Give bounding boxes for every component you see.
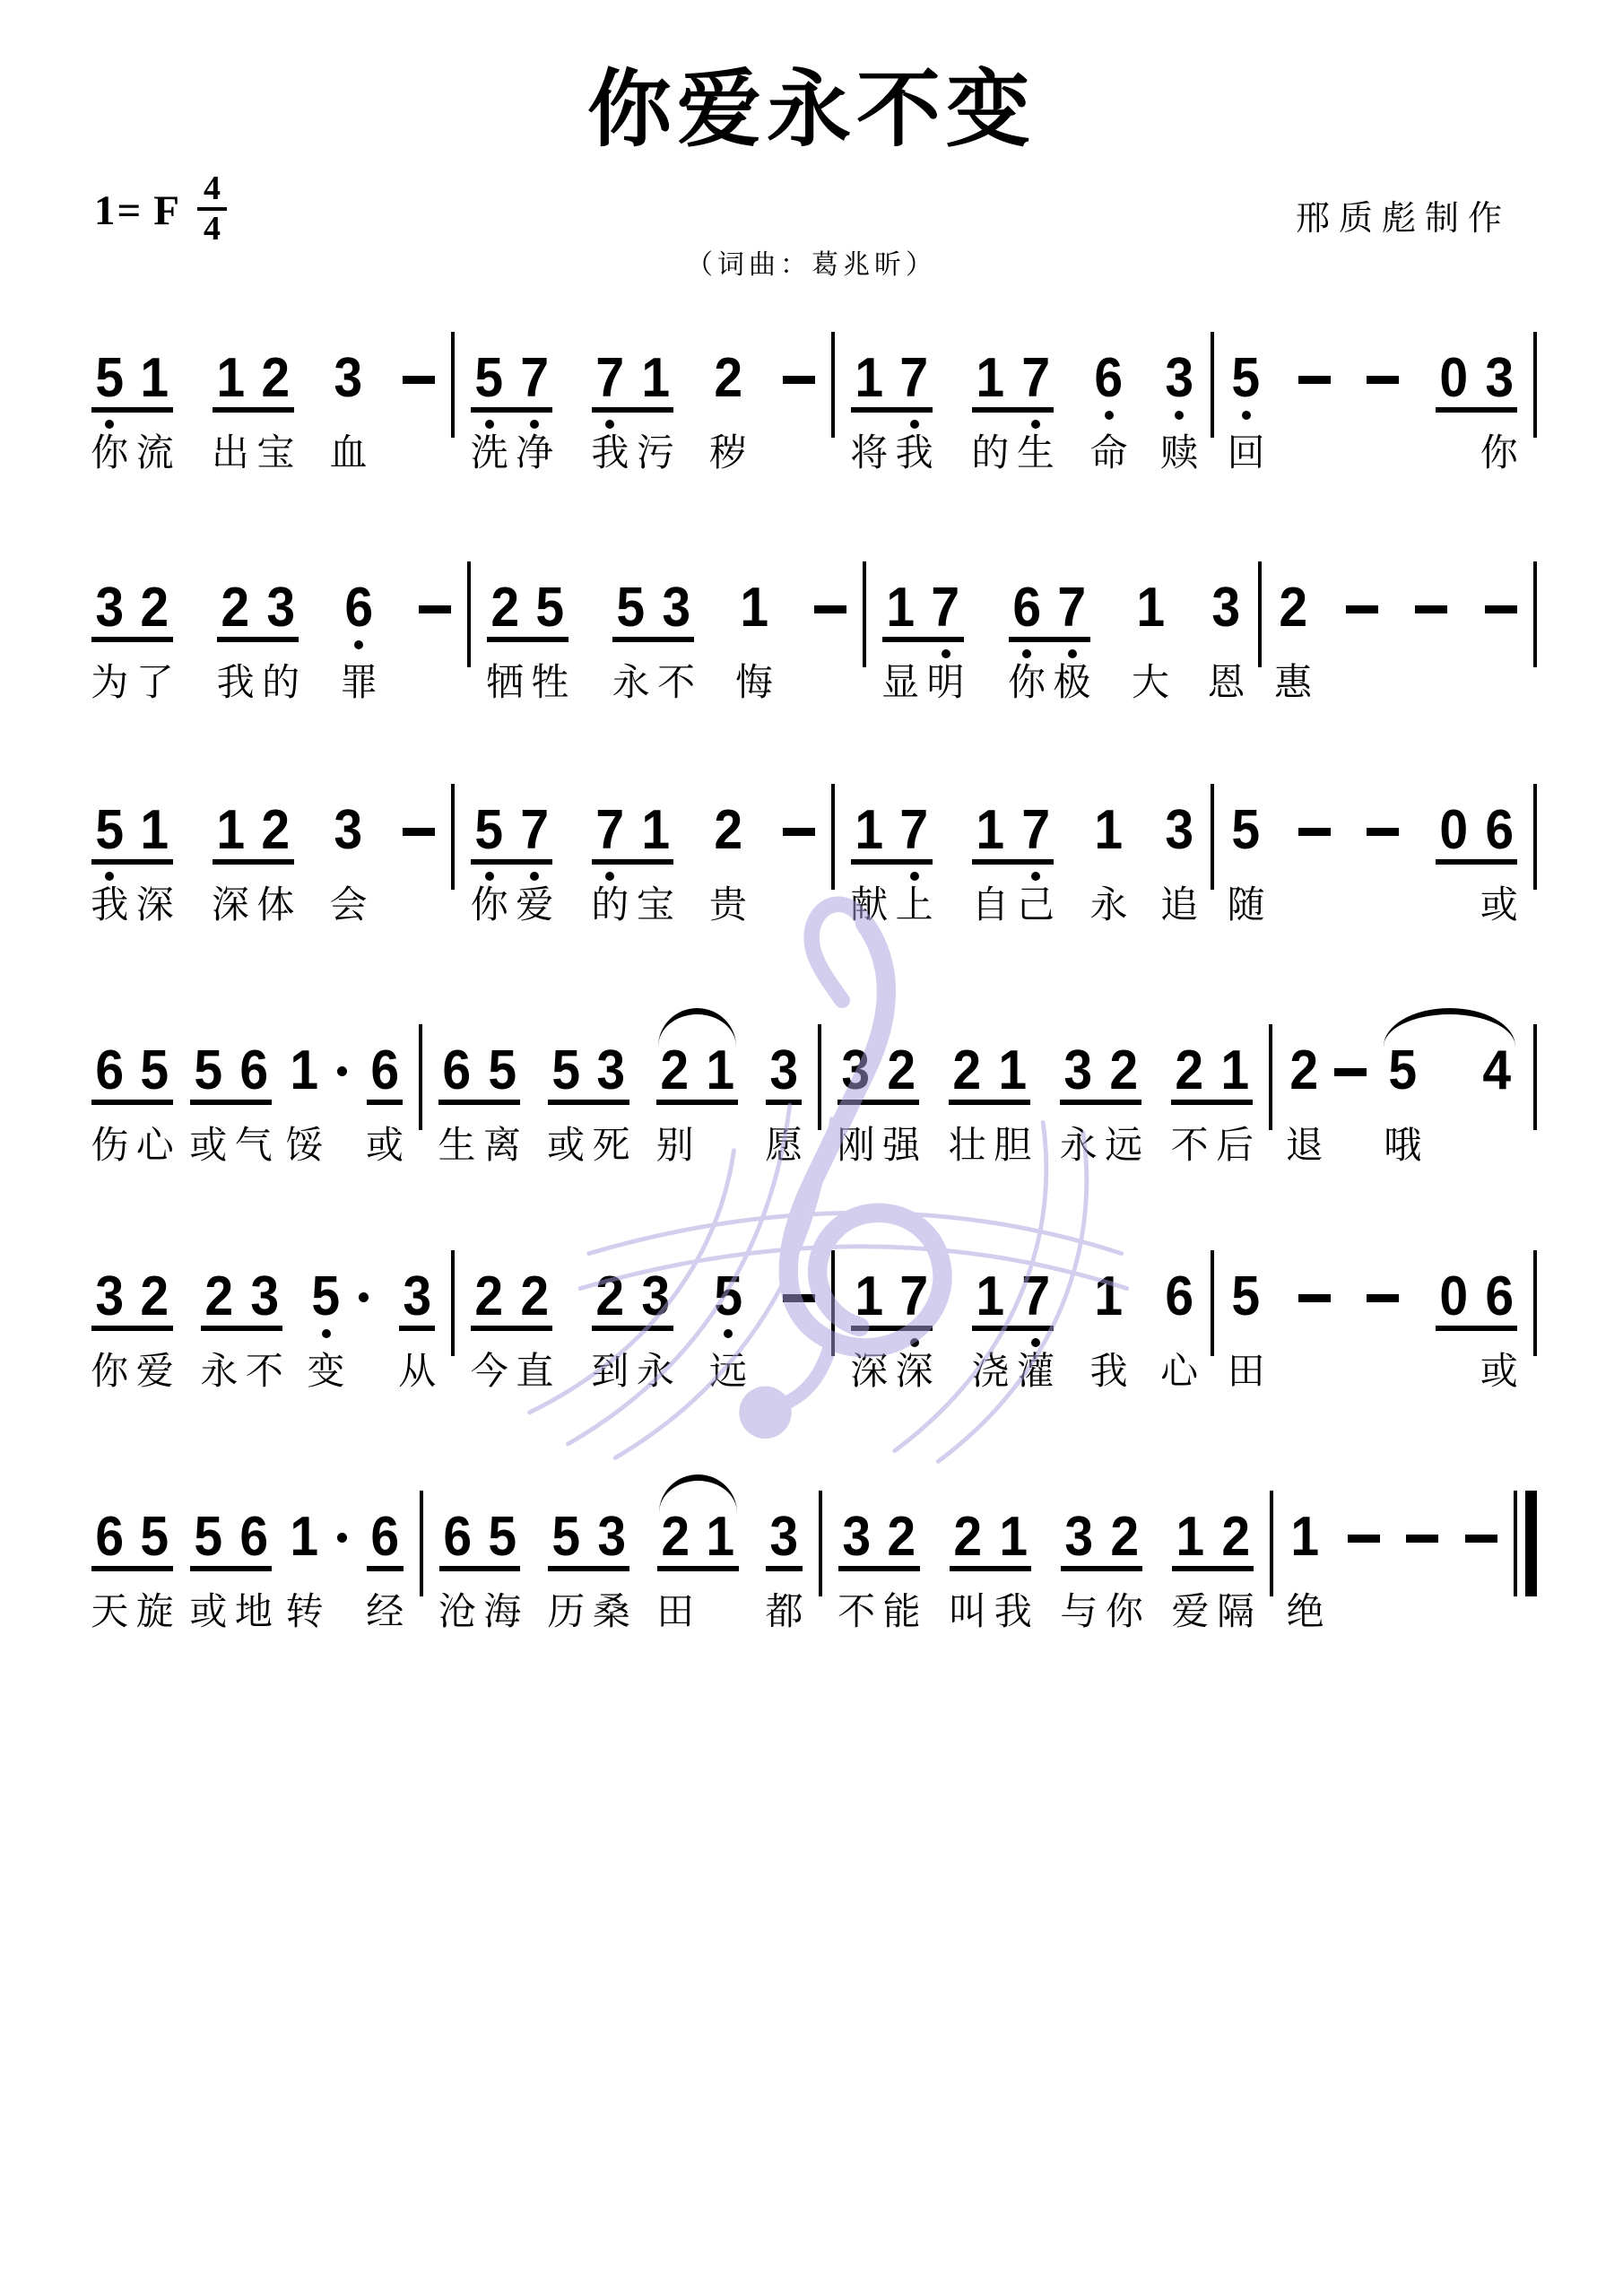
lyric-syllable: 与 (1060, 1593, 1098, 1631)
note: 5或 (551, 1048, 581, 1094)
note-row: 6你7极 (1009, 585, 1090, 642)
note: 2牺 (490, 585, 520, 631)
note-number: 7 (900, 807, 929, 854)
final-barline (1514, 1491, 1537, 1596)
note-number: 6 (1165, 1274, 1193, 1320)
dotted-note-dot (359, 1292, 369, 1302)
note-group: 1出2宝 (213, 355, 294, 413)
lyric-syllable: 气 (235, 1126, 273, 1164)
note: 1深 (854, 1274, 884, 1320)
note: 0 (1438, 1274, 1469, 1320)
treble-clef-watermark (484, 861, 1148, 1489)
note-group: 5永3不 (612, 585, 694, 642)
note-group: 5你7爱 (471, 807, 552, 865)
note-row: 2别1 (656, 1048, 738, 1105)
note: 5心 (139, 1048, 169, 1094)
note-row: 6罪 (343, 585, 374, 631)
note-row: 3愿 (766, 1048, 802, 1105)
note-number: 5 (1388, 1048, 1417, 1094)
note-group: 3血 (333, 355, 363, 402)
lyric-syllable: 桑 (593, 1593, 630, 1631)
low-octave-dot (1105, 411, 1114, 420)
note-group: 5远 (713, 1274, 743, 1320)
lyric-syllable: 你 (1008, 664, 1046, 701)
note-row: 2永3不 (201, 1274, 282, 1331)
low-octave-dot (942, 649, 950, 658)
lyric-syllable: 血 (330, 434, 368, 472)
lyric-syllable: 地 (235, 1593, 273, 1631)
note-number: 1 (886, 585, 915, 631)
slur-arc (659, 1474, 737, 1513)
note-row: 1悔 (739, 585, 769, 631)
note-number: 1 (641, 807, 670, 854)
note: 3死 (595, 1048, 626, 1094)
key-signature: 1= F 4 4 (94, 176, 227, 245)
note: 7我 (898, 355, 929, 402)
note-row: 1将7我 (851, 355, 933, 413)
lyric-syllable: 灌 (1017, 1352, 1055, 1390)
note-number: 5 (475, 807, 504, 854)
note-row: 1的7生 (972, 355, 1054, 413)
note-number: 2 (520, 1274, 549, 1320)
note-group: 1馁 (289, 1048, 349, 1094)
note: 1后 (1219, 1048, 1250, 1094)
note: 1深 (215, 807, 246, 854)
lyric-syllable: 心 (136, 1126, 174, 1164)
note-number: 5 (195, 1514, 223, 1561)
note-group: 5或6地 (190, 1514, 272, 1571)
note-row: 2退 (1289, 1048, 1319, 1094)
note: 3愿 (768, 1048, 799, 1094)
sustain-dash (1298, 807, 1331, 836)
note-group: 6天5旋 (91, 1514, 173, 1571)
note: 7灌 (1020, 1274, 1051, 1320)
note-number: 7 (932, 585, 960, 631)
note-group: 6或 (367, 1048, 403, 1105)
low-octave-dot (322, 1329, 331, 1338)
note: 3桑 (596, 1514, 627, 1561)
note: 1我 (1093, 1274, 1124, 1320)
note-row: 5你1流 (91, 355, 173, 413)
note-group: 2别1 (656, 1048, 738, 1105)
note-number: 5 (194, 1048, 222, 1094)
lyric-syllable: 宝 (637, 886, 674, 924)
note: 3追 (1164, 807, 1194, 854)
note-row: 3你2爱 (91, 1274, 173, 1331)
note-number: 6 (443, 1048, 472, 1094)
lyric-syllable: 深 (136, 886, 174, 924)
note-number: 3 (1165, 807, 1193, 854)
note-number: 7 (900, 355, 929, 402)
sustain-dash (783, 355, 815, 384)
lyric-syllable: 浇 (971, 1352, 1009, 1390)
note-number: 3 (334, 807, 363, 854)
note-number: 5 (475, 355, 504, 402)
note-group: 3都 (766, 1514, 802, 1571)
note-number: 3 (1212, 585, 1241, 631)
note-number: 2 (953, 1514, 982, 1561)
sustain-dash (1415, 585, 1447, 613)
lyric-syllable: 永 (637, 1352, 674, 1390)
low-octave-dot (1031, 1338, 1040, 1347)
note: 5你 (473, 807, 504, 854)
lyric-syllable: 变 (308, 1352, 345, 1390)
note-number: 2 (1221, 1514, 1250, 1561)
lyric-syllable: 伤 (91, 1126, 128, 1164)
sustain-dash (1367, 1274, 1399, 1302)
sustain-dash (1367, 355, 1399, 384)
note-group: 1自7己 (972, 807, 1054, 865)
note-group: 3永2远 (1060, 1048, 1141, 1105)
note-group: 2壮1胆 (949, 1048, 1030, 1105)
low-octave-dot (1031, 420, 1040, 429)
lyric-syllable: 我 (994, 1593, 1032, 1631)
note-group: 1深2体 (213, 807, 294, 865)
note-number: 1 (141, 807, 169, 854)
note-row: 6命 (1093, 355, 1124, 402)
note: 6你 (1011, 585, 1042, 631)
note-row: 5哦4 (1382, 1048, 1517, 1094)
note-row: 3追 (1164, 807, 1194, 854)
dotted-note-dot (337, 1066, 347, 1076)
dash-glyph (1367, 376, 1399, 384)
note: 3永 (640, 1274, 671, 1320)
note: 6天 (94, 1514, 125, 1561)
note-group: 5变 (310, 1274, 370, 1320)
measure: 1显7明6你7极1大3恩 (866, 585, 1258, 642)
note: 2我 (220, 585, 250, 631)
note: 1大 (1135, 585, 1166, 631)
note: 0 (1438, 355, 1469, 402)
note-number: 3 (597, 1048, 626, 1094)
lyric-syllable: 不 (657, 664, 695, 701)
note-group: 6沧5海 (439, 1514, 521, 1571)
note: 5或 (193, 1514, 223, 1561)
measure: 5回03你 (1214, 355, 1533, 413)
lyric-syllable: 洗 (471, 434, 508, 472)
note: 5哦 (1387, 1048, 1418, 1094)
note: 2今 (473, 1274, 504, 1320)
lyric-syllable: 或 (189, 1126, 227, 1164)
note-group: 1永 (1093, 807, 1124, 854)
note-group: 06或 (1436, 807, 1517, 865)
note-group: 3愿 (766, 1048, 802, 1105)
note: 5牲 (534, 585, 565, 631)
lyric-syllable: 馁 (285, 1126, 323, 1164)
lyric-syllable: 惠 (1274, 664, 1312, 701)
note-number: 2 (661, 1048, 690, 1094)
lyric-syllable: 转 (286, 1593, 324, 1631)
lyric-syllable: 远 (1105, 1126, 1142, 1164)
note-group: 5洗7净 (471, 355, 552, 413)
note: 1深 (139, 807, 169, 854)
note: 3从 (402, 1274, 432, 1320)
sustain-dash (814, 585, 846, 613)
lyric-syllable: 永 (1090, 886, 1128, 924)
low-octave-dot (910, 420, 919, 429)
note: 0 (1438, 807, 1469, 854)
note-row: 1我 (1093, 1274, 1124, 1320)
note-number: 6 (1012, 585, 1041, 631)
note-row: 6沧5海 (439, 1514, 521, 1571)
note-number: 6 (370, 1514, 399, 1561)
key-prefix: 1= (94, 187, 143, 235)
note-row: 5我1深 (91, 807, 173, 865)
note-group: 3从 (399, 1274, 435, 1331)
note: 6生 (441, 1048, 472, 1094)
note-number: 6 (95, 1514, 124, 1561)
note: 5或 (193, 1048, 223, 1094)
note-row: 1自7己 (972, 807, 1054, 865)
measure: 6天5旋5或6地1转6经 (90, 1514, 420, 1571)
note-number: 2 (475, 1274, 504, 1320)
note-row: 1深2体 (213, 807, 294, 865)
note-group: 6生5离 (438, 1048, 520, 1105)
note-row: 5田 (1230, 1274, 1261, 1320)
lyric-syllable: 沧 (438, 1593, 476, 1631)
note-number: 0 (1439, 807, 1468, 854)
note: 3不 (661, 585, 691, 631)
note: 3不 (249, 1274, 280, 1320)
lyric-syllable: 隔 (1217, 1593, 1254, 1631)
note-group: 5我1深 (91, 807, 173, 865)
note-group: 3恩 (1211, 585, 1241, 631)
note: 2惠 (1278, 585, 1308, 631)
lyric-syllable: 你 (1480, 434, 1518, 472)
note-row: 2秽 (713, 355, 743, 402)
dash-glyph (1334, 1068, 1367, 1076)
note: 3不 (841, 1514, 872, 1561)
low-octave-dot (910, 872, 919, 881)
note-row: 6经 (367, 1514, 403, 1571)
note: 1宝 (640, 807, 671, 854)
lyric-syllable: 海 (483, 1593, 521, 1631)
lyric-syllable: 胆 (994, 1126, 1031, 1164)
note: 3赎 (1164, 355, 1194, 402)
measure: 2牺5牲5永3不1悔 (471, 585, 863, 642)
system-4: 6伤5心5或6气1馁6或6生5离5或3死2别13愿3刚2强2壮1胆3永2远2不1… (90, 1048, 1537, 1130)
dash-glyph (1465, 1535, 1497, 1543)
note-number: 5 (95, 807, 124, 854)
measure: 3不2能2叫1我3与2你1爱2隔 (822, 1514, 1270, 1571)
note-row: 7我1污 (592, 355, 673, 413)
sustain-dash (1334, 1048, 1367, 1076)
measure: 3你2爱2永3不5变3从 (90, 1274, 451, 1331)
lyric-syllable: 深 (896, 1352, 933, 1390)
note-row: 1显7明 (882, 585, 964, 642)
lyric-syllable: 的 (591, 886, 629, 924)
note: 1献 (854, 807, 884, 854)
note: 2远 (1108, 1048, 1139, 1094)
note: 3都 (768, 1514, 799, 1561)
note-row: 5或6气 (190, 1048, 272, 1105)
measure: 6生5离5或3死2别13愿 (422, 1048, 818, 1105)
note: 3的 (265, 585, 296, 631)
lyric-syllable: 爱 (136, 1352, 174, 1390)
note-row: 6心 (1164, 1274, 1194, 1320)
note-row: 5或6地 (190, 1514, 272, 1571)
lyric-syllable: 都 (766, 1593, 803, 1631)
note-number: 3 (1165, 355, 1193, 402)
note: 2不 (1174, 1048, 1204, 1094)
note: 2秽 (713, 355, 743, 402)
note-row: 3赎 (1164, 355, 1194, 402)
note-number: 1 (641, 355, 670, 402)
key-tonic: F (153, 187, 179, 235)
note-number: 3 (842, 1048, 871, 1094)
note-number: 2 (953, 1048, 982, 1094)
lyric-syllable: 体 (256, 886, 294, 924)
note-group: 5或6气 (190, 1048, 272, 1105)
note-row: 7的1宝 (592, 807, 673, 865)
note: 3刚 (840, 1048, 871, 1094)
dash-glyph (403, 828, 435, 836)
low-octave-dot (485, 420, 494, 429)
note-number: 0 (1439, 1274, 1468, 1320)
note-group: 3为2了 (91, 585, 173, 642)
lyric-syllable: 命 (1090, 434, 1128, 472)
barline (1533, 1250, 1537, 1356)
lyric-syllable: 天 (91, 1593, 128, 1631)
note: 6或 (1484, 1274, 1515, 1320)
lyric-syllable: 大 (1132, 664, 1169, 701)
note-row: 2贵 (713, 807, 743, 854)
note-row: 06或 (1436, 807, 1517, 865)
note-row: 3刚2强 (838, 1048, 919, 1105)
note-row: 3永2远 (1060, 1048, 1141, 1105)
note-group: 5哦4 (1382, 1048, 1517, 1094)
time-beats: 4 (197, 172, 227, 211)
lyric-syllable: 不 (246, 1352, 283, 1390)
measure: 2退5哦4 (1272, 1048, 1533, 1094)
note-number: 2 (141, 585, 169, 631)
note-group: 5回 (1230, 355, 1261, 402)
sustain-dash (1348, 1514, 1380, 1543)
lyric-syllable: 会 (330, 886, 368, 924)
note-number: 7 (596, 807, 625, 854)
dash-glyph (814, 605, 846, 613)
note: 2壮 (951, 1048, 982, 1094)
dash-glyph (1346, 605, 1378, 613)
system-3: 5我1深1深2体3会5你7爱7的1宝2贵1献7上1自7己1永3追5随06或 (90, 807, 1537, 890)
note-row: 03你 (1436, 355, 1517, 413)
measure: 1深7深1浇7灌1我6心 (835, 1274, 1211, 1331)
note-group: 2我3的 (217, 585, 299, 642)
note-group: 1我 (1093, 1274, 1124, 1320)
note-group: 2田1 (657, 1514, 739, 1571)
note-number: 3 (597, 1514, 626, 1561)
lyric-syllable: 不 (838, 1593, 875, 1631)
note-number: 2 (714, 807, 742, 854)
lyric-syllable: 深 (850, 1352, 888, 1390)
slur-arc (1384, 1008, 1515, 1047)
note-number: 5 (141, 1514, 169, 1561)
note-group: 1显7明 (882, 585, 964, 642)
note-group: 1悔 (739, 585, 769, 631)
note-number: 6 (239, 1048, 268, 1094)
note-group: 1爱2隔 (1172, 1514, 1254, 1571)
low-octave-dot (1068, 649, 1077, 658)
time-signature: 4 4 (197, 172, 227, 245)
note-row: 2今2直 (471, 1274, 552, 1331)
low-octave-dot (354, 640, 363, 649)
note-group: 5田 (1230, 1274, 1261, 1320)
note-number: 3 (1065, 1514, 1094, 1561)
barline (1533, 784, 1537, 890)
note-number: 5 (1232, 1274, 1261, 1320)
low-octave-dot (530, 872, 539, 881)
lyric-syllable: 能 (883, 1593, 921, 1631)
sustain-dash (1367, 807, 1399, 836)
note-row: 1浇7灌 (972, 1274, 1054, 1331)
note-row: 3恩 (1211, 585, 1241, 631)
note-number: 1 (707, 1514, 735, 1561)
lyric-syllable: 深 (212, 886, 249, 924)
low-octave-dot (1031, 872, 1040, 881)
note-group: 6心 (1164, 1274, 1194, 1320)
note-row: 1爱2隔 (1172, 1514, 1254, 1571)
note: 6气 (239, 1048, 269, 1094)
lyric-syllable: 牲 (532, 664, 569, 701)
note: 1的 (975, 355, 1005, 402)
note-row: 06或 (1436, 1274, 1517, 1331)
note-group: 5随 (1230, 807, 1261, 854)
measure: 2惠 (1262, 585, 1533, 631)
measure: 5洗7净7我1污2秽 (455, 355, 830, 413)
note-number: 1 (1291, 1514, 1320, 1561)
note-number: 7 (596, 355, 625, 402)
note-group: 6经 (367, 1514, 403, 1571)
note: 5变 (310, 1274, 341, 1320)
note-row: 1献7上 (851, 807, 933, 865)
note-number: 6 (370, 1048, 399, 1094)
note-number: 3 (1064, 1048, 1093, 1094)
note-row: 1馁 (289, 1048, 349, 1094)
low-octave-dot (605, 420, 614, 429)
note-number: 6 (443, 1514, 472, 1561)
measure: 1献7上1自7己1永3追 (835, 807, 1211, 865)
note-row: 1永 (1093, 807, 1124, 854)
note-row: 2我3的 (217, 585, 299, 642)
note: 5回 (1230, 355, 1261, 402)
note-number: 1 (1095, 807, 1124, 854)
note-number: 5 (536, 585, 565, 631)
dash-glyph (1406, 1535, 1438, 1543)
system-6: 6天5旋5或6地1转6经6沧5海5历3桑2田13都3不2能2叫1我3与2你1爱2… (90, 1514, 1537, 1596)
lyric-syllable: 从 (398, 1352, 436, 1390)
note-number: 2 (1279, 585, 1307, 631)
sustain-dash (1485, 585, 1517, 613)
note: 5远 (713, 1274, 743, 1320)
sustain-dash (1298, 355, 1331, 384)
lyric-syllable: 我 (591, 434, 629, 472)
note-row: 5或3死 (548, 1048, 629, 1105)
note-group: 7我1污 (592, 355, 673, 413)
note-group: 2退 (1289, 1048, 1319, 1094)
note-group: 06或 (1436, 1274, 1517, 1331)
note-number: 6 (344, 585, 373, 631)
measure: 5你7爱7的1宝2贵 (455, 807, 830, 865)
note-number: 6 (1095, 355, 1124, 402)
lyric-syllable: 流 (136, 434, 174, 472)
note: 5我 (94, 807, 125, 854)
note-number: 3 (403, 1274, 431, 1320)
lyric-syllable: 历 (547, 1593, 585, 1631)
note-row: 6生5离 (438, 1048, 520, 1105)
note-row: 3从 (399, 1274, 435, 1331)
lyric-syllable: 污 (637, 434, 674, 472)
dash-glyph (1485, 605, 1517, 613)
